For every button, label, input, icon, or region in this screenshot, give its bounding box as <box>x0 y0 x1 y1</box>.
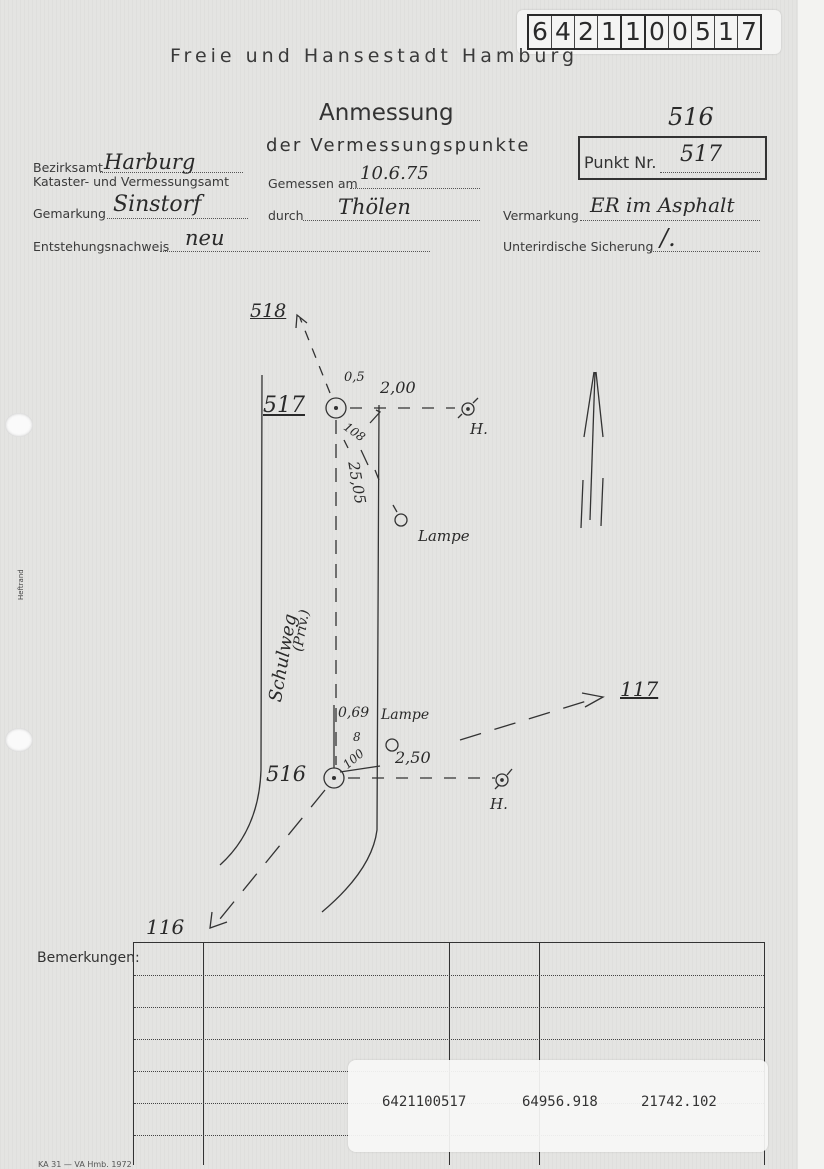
table-column-divider <box>203 943 204 1165</box>
sticker-x-coordinate: 64956.918 <box>522 1094 598 1110</box>
measurement-2-50: 2,50 <box>395 748 431 767</box>
measurement-0-5: 0,5 <box>344 370 365 385</box>
lamp-upper-marker <box>395 514 407 526</box>
measurement-2-00: 2,00 <box>380 378 416 397</box>
remarks-label: Bemerkungen: <box>37 950 140 966</box>
point-label-518: 518 <box>250 300 286 322</box>
remarks-row-line <box>134 1007 764 1008</box>
north-arrow-icon <box>581 372 603 528</box>
remarks-row-line <box>134 1039 764 1040</box>
road-edge-left <box>220 375 262 865</box>
remarks-row-line <box>134 975 764 976</box>
arrow-117 <box>582 693 603 707</box>
point-label-116: 116 <box>146 915 184 939</box>
point-label-516: 516 <box>266 762 306 786</box>
sticker-point-id: 6421100517 <box>382 1094 466 1110</box>
sticker-y-coordinate: 21742.102 <box>641 1094 717 1110</box>
lamp-label-lower: Lampe <box>381 707 429 723</box>
point-label-517: 517 <box>263 393 305 418</box>
hydrant-label-upper: H. <box>470 420 488 438</box>
form-code: KA 31 — VA Hmb. 1972 <box>38 1160 132 1169</box>
measurement-0-69: 0,69 <box>338 705 369 721</box>
measurement-8: 8 <box>353 730 361 744</box>
hydrant-label-lower: H. <box>490 795 508 813</box>
point-label-117: 117 <box>620 677 658 701</box>
coordinate-sticker: 6421100517 64956.918 21742.102 <box>348 1060 768 1152</box>
lamp-label-upper: Lampe <box>418 527 470 545</box>
